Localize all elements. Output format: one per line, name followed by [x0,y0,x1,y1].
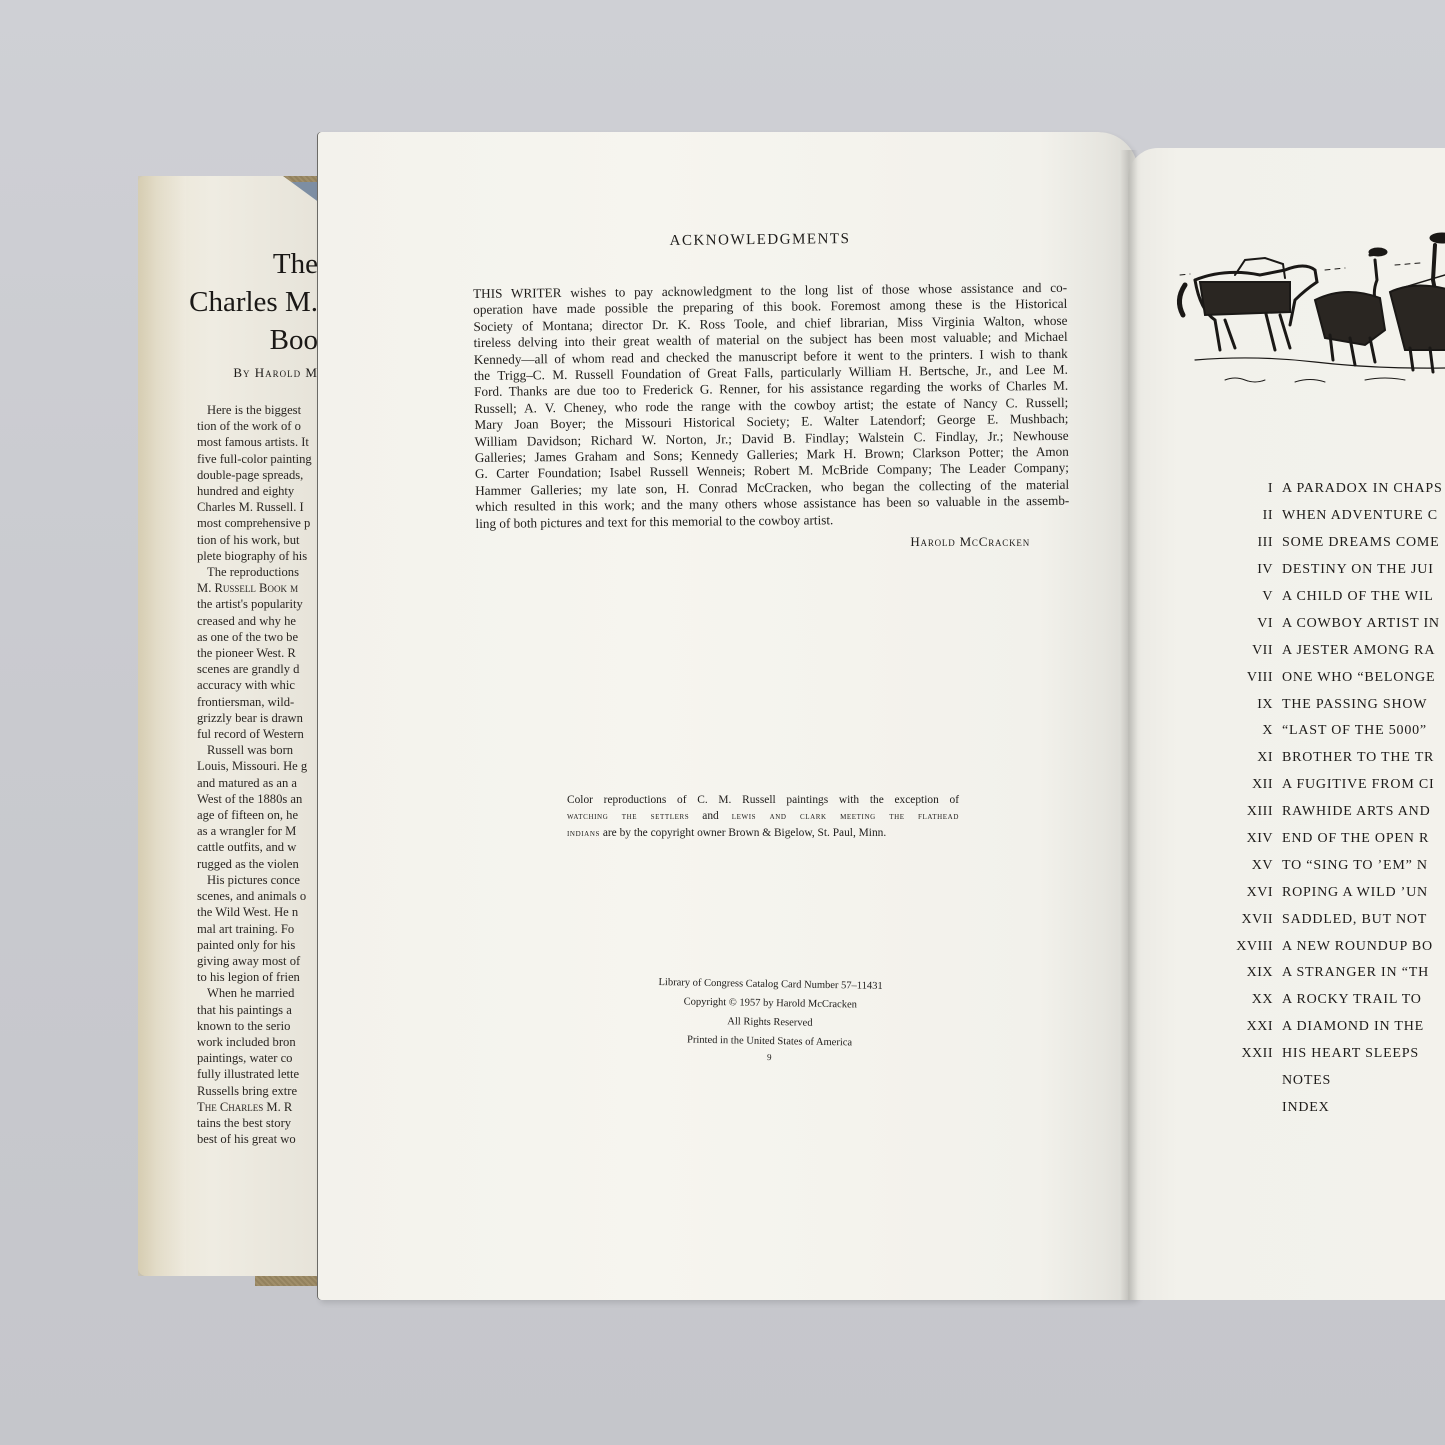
toc-entry[interactable]: XIXA STRANGER IN “TH [1225,960,1445,987]
jacket-blurb-line: as one of the two be [197,629,318,645]
jacket-blurb-line: Here is the biggest [197,402,318,418]
jacket-blurb-line: The Charles M. R [197,1099,318,1115]
chapter-number: XV [1225,858,1282,874]
jacket-title: The Charles M. Boo [150,245,318,359]
chapter-title: A PARADOX IN CHAPS [1282,481,1443,497]
chapter-title: A NEW ROUNDUP BO [1282,939,1433,955]
painting-title: watching the settlers [567,811,689,822]
chapter-title: THE PASSING SHOW [1282,697,1427,713]
chapter-title: A DIAMOND IN THE [1282,1019,1424,1035]
toc-entry[interactable]: XIIA FUGITIVE FROM CI [1225,772,1445,799]
chapter-title: WHEN ADVENTURE C [1282,508,1438,524]
chapter-title: SOME DREAMS COME [1282,535,1440,551]
toc-entry[interactable]: X“LAST OF THE 5000” [1225,718,1445,745]
toc-entry[interactable]: XVIIIA NEW ROUNDUP BO [1225,933,1445,960]
chapter-title: A ROCKY TRAIL TO [1282,992,1422,1008]
toc-entry[interactable]: XIIIRAWHIDE ARTS AND [1225,799,1445,826]
jacket-blurb-line: ful record of Western [197,726,318,742]
note-line: Color reproductions of C. M. Russell pai… [567,792,959,808]
color-reproductions-note: Color reproductions of C. M. Russell pai… [567,792,959,842]
chapter-number: IX [1225,697,1282,713]
table-of-contents: IA PARADOX IN CHAPSIIWHEN ADVENTURE CIII… [1225,476,1445,1121]
chapter-title: “LAST OF THE 5000” [1282,723,1427,739]
chapter-title: HIS HEART SLEEPS [1282,1046,1419,1062]
chapter-title: A COWBOY ARTIST IN [1282,616,1440,632]
note-text: and [689,810,732,822]
toc-entry[interactable]: IIWHEN ADVENTURE C [1225,503,1445,530]
jacket-blurb-line: accuracy with whic [197,677,318,693]
jacket-blurb-line: The reproductions [197,564,318,580]
jacket-blurb-line: His pictures conce [197,872,318,888]
toc-entry[interactable]: VIIIONE WHO “BELONGE [1225,664,1445,691]
chapter-number: XI [1225,750,1282,766]
chapter-number: XVIII [1225,939,1282,955]
jacket-blurb-line: Charles M. Russell. I [197,499,318,515]
toc-entry[interactable]: VA CHILD OF THE WIL [1225,584,1445,611]
jacket-blurb-line: most famous artists. It [197,434,318,450]
chapter-number: VI [1225,616,1282,632]
toc-entry[interactable]: VIA COWBOY ARTIST IN [1225,610,1445,637]
jacket-blurb-line: scenes, and animals o [197,888,318,904]
chapter-title: BROTHER TO THE TR [1282,750,1434,766]
chapter-number: XIII [1225,804,1282,820]
chapter-title: SADDLED, BUT NOT [1282,912,1427,928]
toc-entry[interactable]: INDEX [1225,1094,1445,1121]
chapter-title: A JESTER AMONG RA [1282,643,1435,659]
jacket-blurb-line: When he married [197,985,318,1001]
jacket-blurb-line: known to the serio [197,1018,318,1034]
chapter-number: XVI [1225,885,1282,901]
jacket-blurb-line: age of fifteen on, he [197,807,318,823]
chapter-title: A CHILD OF THE WIL [1282,589,1434,605]
chapter-title: RAWHIDE ARTS AND [1282,804,1431,820]
toc-entry[interactable]: VIIA JESTER AMONG RA [1225,637,1445,664]
chapter-number: XIX [1225,965,1282,981]
jacket-blurb-line: M. Russell Book m [197,580,318,596]
jacket-blurb-line: frontiersman, wild- [197,694,318,710]
jacket-blurb-line: rugged as the violen [197,856,318,872]
toc-entry[interactable]: XVIROPING A WILD ’UN [1225,879,1445,906]
jacket-blurb-line: tion of his work, but [197,532,318,548]
copyright-block: Library of Congress Catalog Card Number … [619,972,920,1065]
jacket-blurb-line: tains the best story [197,1115,318,1131]
jacket-blurb-line: double-page spreads, [197,467,318,483]
toc-entry[interactable]: XXA ROCKY TRAIL TO [1225,987,1445,1014]
toc-entry[interactable]: IIISOME DREAMS COME [1225,530,1445,557]
jacket-blurb-line: fully illustrated lette [197,1066,318,1082]
jacket-blurb-line: tion of the work of o [197,418,318,434]
jacket-blurb-line: the Wild West. He n [197,904,318,920]
toc-entry[interactable]: IVDESTINY ON THE JUI [1225,557,1445,584]
jacket-blurb-line: plete biography of his [197,548,318,564]
jacket-title-line: The [150,245,318,283]
jacket-byline: By Harold M [150,365,318,381]
jacket-blurb-line: Russells bring extre [197,1083,318,1099]
jacket-blurb-line: creased and why he [197,613,318,629]
jacket-blurb-line: that his paintings a [197,1002,318,1018]
chapter-number: XII [1225,777,1282,793]
chapter-title: A FUGITIVE FROM CI [1282,777,1434,793]
toc-entry[interactable]: XVIISADDLED, BUT NOT [1225,906,1445,933]
jacket-blurb-line: the artist's popularity [197,596,318,612]
jacket-blurb-line: paintings, water co [197,1050,318,1066]
chapter-title: A STRANGER IN “TH [1282,965,1429,981]
chapter-number: V [1225,589,1282,605]
chapter-number: XXI [1225,1019,1282,1035]
chapter-title: ONE WHO “BELONGE [1282,670,1435,686]
chapter-number: III [1225,535,1282,551]
jacket-title-line: Boo [150,321,318,359]
jacket-blurb-line: the pioneer West. R [197,645,318,661]
toc-entry[interactable]: XIVEND OF THE OPEN R [1225,826,1445,853]
chapter-number: XVII [1225,912,1282,928]
chapter-title: DESTINY ON THE JUI [1282,562,1434,578]
book-gutter [1120,150,1138,1300]
painting-title: lewis and clark meeting the flathead [732,811,959,822]
chapter-title: ROPING A WILD ’UN [1282,885,1428,901]
jacket-blurb-line: to his legion of frien [197,969,318,985]
jacket-blurb-line: Louis, Missouri. He g [197,758,318,774]
chapter-title: NOTES [1282,1073,1331,1089]
chapter-number: IV [1225,562,1282,578]
jacket-blurb-line: Russell was born [197,742,318,758]
jacket-blurb-line: five full-color painting [197,451,318,467]
jacket-blurb-line: and matured as an a [197,775,318,791]
jacket-blurb-line: mal art training. Fo [197,921,318,937]
toc-entry[interactable]: XVTO “SING TO ’EM” N [1225,852,1445,879]
acknowledgments-text: THIS WRITER wishes to pay acknowledgment… [473,280,1070,532]
chapter-number: II [1225,508,1282,524]
chapter-number: XIV [1225,831,1282,847]
note-line: watching the settlers and lewis and clar… [567,808,959,825]
jacket-blurb: Here is the biggesttion of the work of o… [197,402,318,1147]
chapter-title: TO “SING TO ’EM” N [1282,858,1428,874]
jacket-title-line: Charles M. [150,283,318,321]
jacket-blurb-line: West of the 1880s an [197,791,318,807]
note-line: indians are by the copyright owner Brown… [567,825,959,842]
chapter-number: XX [1225,992,1282,1008]
jacket-blurb-line: best of his great wo [197,1131,318,1147]
jacket-blurb-line: giving away most of [197,953,318,969]
chapter-number: XXII [1225,1046,1282,1062]
jacket-blurb-line: most comprehensive p [197,515,318,531]
cowboy-sketch-illustration [1165,220,1445,400]
toc-entry[interactable]: IXTHE PASSING SHOW [1225,691,1445,718]
jacket-blurb-line: hundred and eighty [197,483,318,499]
note-text: are by the copyright owner Brown & Bigel… [600,827,886,839]
painting-title: indians [567,828,600,839]
chapter-title: END OF THE OPEN R [1282,831,1429,847]
jacket-blurb-line: painted only for his [197,937,318,953]
toc-entry[interactable]: XXIIHIS HEART SLEEPS [1225,1041,1445,1068]
chapter-number: I [1225,481,1282,497]
toc-entry[interactable]: NOTES [1225,1068,1445,1095]
chapter-number: VIII [1225,670,1282,686]
toc-entry[interactable]: XXIA DIAMOND IN THE [1225,1014,1445,1041]
jacket-blurb-line: cattle outfits, and w [197,839,318,855]
jacket-blurb-line: work included bron [197,1034,318,1050]
jacket-blurb-line: scenes are grandly d [197,661,318,677]
toc-entry[interactable]: XIBROTHER TO THE TR [1225,745,1445,772]
author-signature: Harold McCracken [860,534,1030,550]
chapter-number: X [1225,723,1282,739]
chapter-title: INDEX [1282,1100,1330,1116]
jacket-blurb-line: grizzly bear is drawn [197,710,318,726]
toc-entry[interactable]: IA PARADOX IN CHAPS [1225,476,1445,503]
chapter-number: VII [1225,643,1282,659]
jacket-blurb-line: as a wrangler for M [197,823,318,839]
